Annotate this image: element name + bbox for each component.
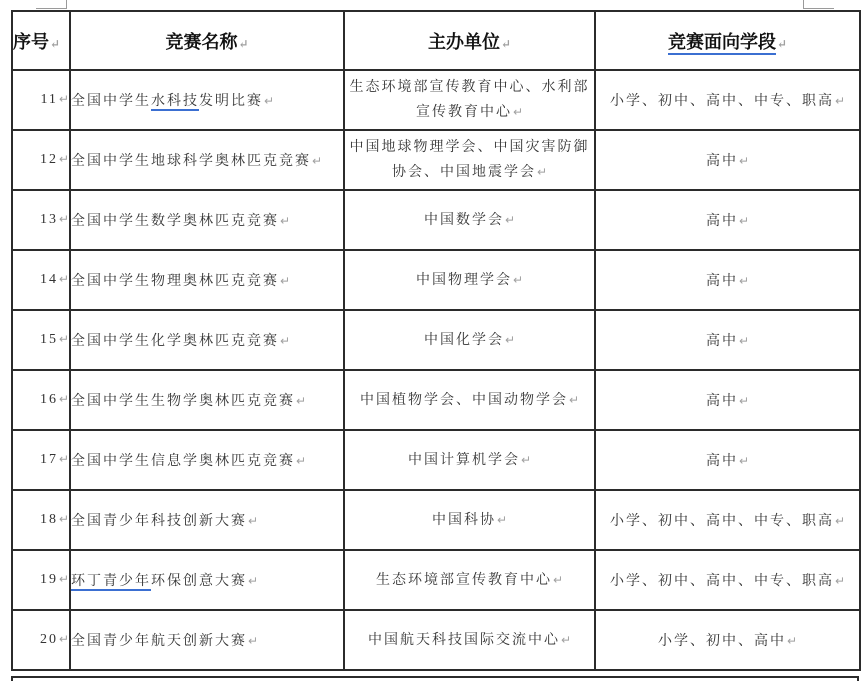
cell-organizer[interactable]: 生态环境部宣传教育中心、水利部宣传教育中心↵ [344, 70, 595, 130]
paragraph-mark-icon: ↵ [739, 154, 749, 168]
paragraph-mark-icon: ↵ [59, 392, 69, 406]
paragraph-mark-icon: ↵ [59, 92, 69, 106]
cell-organizer[interactable]: 中国地球物理学会、中国灾害防御协会、中国地震学会↵ [344, 130, 595, 190]
cell-no[interactable]: 18↵ [12, 490, 70, 550]
paragraph-mark-icon: ↵ [248, 514, 258, 528]
paragraph-mark-icon: ↵ [50, 37, 60, 51]
header-level[interactable]: 竞赛面向学段↵ [595, 11, 860, 70]
header-no[interactable]: 序号↵ [12, 11, 70, 70]
paragraph-mark-icon: ↵ [59, 512, 69, 526]
paragraph-mark-icon: ↵ [59, 212, 69, 226]
cell-organizer[interactable]: 中国化学会↵ [344, 310, 595, 370]
cell-name[interactable]: 环丁青少年环保创意大赛↵ [70, 550, 344, 610]
cell-level[interactable]: 小学、初中、高中、中专、职高↵ [595, 550, 860, 610]
paragraph-mark-icon: ↵ [505, 213, 515, 227]
spellcheck-underline: 环丁青少年 [71, 573, 151, 591]
paragraph-mark-icon: ↵ [59, 332, 69, 346]
competition-table: 序号↵ 竞赛名称↵ 主办单位↵ 竞赛面向学段↵ 11↵全国中学生水科技发明比赛↵… [11, 10, 861, 671]
cell-organizer[interactable]: 中国科协↵ [344, 490, 595, 550]
cell-no[interactable]: 20↵ [12, 610, 70, 670]
cell-level[interactable]: 高中↵ [595, 250, 860, 310]
cell-name[interactable]: 全国青少年航天创新大赛↵ [70, 610, 344, 670]
cell-no[interactable]: 19↵ [12, 550, 70, 610]
paragraph-mark-icon: ↵ [248, 574, 258, 588]
cell-level[interactable]: 高中↵ [595, 370, 860, 430]
cell-level[interactable]: 小学、初中、高中、中专、职高↵ [595, 70, 860, 130]
paragraph-mark-icon: ↵ [59, 152, 69, 166]
paragraph-mark-icon: ↵ [59, 632, 69, 646]
cell-level[interactable]: 高中↵ [595, 430, 860, 490]
paragraph-mark-icon: ↵ [501, 37, 511, 51]
cell-level[interactable]: 高中↵ [595, 130, 860, 190]
cell-name[interactable]: 全国青少年科技创新大赛↵ [70, 490, 344, 550]
cell-name[interactable]: 全国中学生数学奥林匹克竞赛↵ [70, 190, 344, 250]
paragraph-mark-icon: ↵ [513, 273, 523, 287]
page-corner-mark-left-v [66, 0, 67, 9]
paragraph-mark-icon: ↵ [739, 454, 749, 468]
paragraph-mark-icon: ↵ [280, 274, 290, 288]
cell-level[interactable]: 高中↵ [595, 190, 860, 250]
cell-no[interactable]: 11↵ [12, 70, 70, 130]
paragraph-mark-icon: ↵ [537, 165, 547, 179]
table-header-row: 序号↵ 竞赛名称↵ 主办单位↵ 竞赛面向学段↵ [12, 11, 860, 70]
cell-name[interactable]: 全国中学生地球科学奥林匹克竞赛↵ [70, 130, 344, 190]
cell-level[interactable]: 高中↵ [595, 310, 860, 370]
header-organizer[interactable]: 主办单位↵ [344, 11, 595, 70]
paragraph-mark-icon: ↵ [835, 94, 845, 108]
paragraph-mark-icon: ↵ [739, 334, 749, 348]
paragraph-mark-icon: ↵ [59, 572, 69, 586]
paragraph-mark-icon: ↵ [569, 393, 579, 407]
cell-name[interactable]: 全国中学生信息学奥林匹克竞赛↵ [70, 430, 344, 490]
cell-no[interactable]: 12↵ [12, 130, 70, 190]
paragraph-mark-icon: ↵ [238, 37, 248, 51]
paragraph-mark-icon: ↵ [739, 214, 749, 228]
paragraph-mark-icon: ↵ [739, 274, 749, 288]
page-corner-mark-right-h [803, 8, 834, 9]
cell-organizer[interactable]: 中国植物学会、中国动物学会↵ [344, 370, 595, 430]
paragraph-mark-icon: ↵ [777, 37, 787, 51]
cell-name[interactable]: 全国中学生物理奥林匹克竞赛↵ [70, 250, 344, 310]
spellcheck-underline: 竞赛面向学段 [668, 32, 776, 55]
header-name[interactable]: 竞赛名称↵ [70, 11, 344, 70]
paragraph-mark-icon: ↵ [521, 453, 531, 467]
paragraph-mark-icon: ↵ [513, 105, 523, 119]
next-row-top-border [11, 676, 859, 678]
cell-level[interactable]: 小学、初中、高中、中专、职高↵ [595, 490, 860, 550]
table-row: 12↵全国中学生地球科学奥林匹克竞赛↵中国地球物理学会、中国灾害防御协会、中国地… [12, 130, 860, 190]
cell-name[interactable]: 全国中学生化学奥林匹克竞赛↵ [70, 310, 344, 370]
table-row: 16↵全国中学生生物学奥林匹克竞赛↵中国植物学会、中国动物学会↵高中↵ [12, 370, 860, 430]
paragraph-mark-icon: ↵ [59, 272, 69, 286]
paragraph-mark-icon: ↵ [280, 334, 290, 348]
cell-no[interactable]: 16↵ [12, 370, 70, 430]
table-row: 15↵全国中学生化学奥林匹克竞赛↵中国化学会↵高中↵ [12, 310, 860, 370]
paragraph-mark-icon: ↵ [59, 452, 69, 466]
cell-no[interactable]: 15↵ [12, 310, 70, 370]
cell-organizer[interactable]: 生态环境部宣传教育中心↵ [344, 550, 595, 610]
page-corner-mark-left-h [36, 8, 67, 9]
paragraph-mark-icon: ↵ [296, 394, 306, 408]
cell-no[interactable]: 17↵ [12, 430, 70, 490]
paragraph-mark-icon: ↵ [497, 513, 507, 527]
cell-name[interactable]: 全国中学生生物学奥林匹克竞赛↵ [70, 370, 344, 430]
cell-organizer[interactable]: 中国数学会↵ [344, 190, 595, 250]
paragraph-mark-icon: ↵ [835, 574, 845, 588]
paragraph-mark-icon: ↵ [264, 94, 274, 108]
cell-organizer[interactable]: 中国计算机学会↵ [344, 430, 595, 490]
paragraph-mark-icon: ↵ [739, 394, 749, 408]
cell-no[interactable]: 14↵ [12, 250, 70, 310]
paragraph-mark-icon: ↵ [248, 634, 258, 648]
cell-level[interactable]: 小学、初中、高中↵ [595, 610, 860, 670]
table-row: 13↵全国中学生数学奥林匹克竞赛↵中国数学会↵高中↵ [12, 190, 860, 250]
paragraph-mark-icon: ↵ [835, 514, 845, 528]
cell-organizer[interactable]: 中国物理学会↵ [344, 250, 595, 310]
paragraph-mark-icon: ↵ [280, 214, 290, 228]
page-corner-mark-right-v [803, 0, 804, 9]
table-row: 14↵全国中学生物理奥林匹克竞赛↵中国物理学会↵高中↵ [12, 250, 860, 310]
table-row: 11↵全国中学生水科技发明比赛↵生态环境部宣传教育中心、水利部宣传教育中心↵小学… [12, 70, 860, 130]
spellcheck-underline: 水科技 [151, 93, 199, 111]
table-row: 20↵全国青少年航天创新大赛↵中国航天科技国际交流中心↵小学、初中、高中↵ [12, 610, 860, 670]
next-row-left-border [11, 676, 13, 681]
paragraph-mark-icon: ↵ [312, 154, 322, 168]
next-row-right-border [857, 676, 859, 681]
paragraph-mark-icon: ↵ [505, 333, 515, 347]
paragraph-mark-icon: ↵ [561, 633, 571, 647]
cell-no[interactable]: 13↵ [12, 190, 70, 250]
cell-organizer[interactable]: 中国航天科技国际交流中心↵ [344, 610, 595, 670]
table-row: 17↵全国中学生信息学奥林匹克竞赛↵中国计算机学会↵高中↵ [12, 430, 860, 490]
table-row: 19↵环丁青少年环保创意大赛↵生态环境部宣传教育中心↵小学、初中、高中、中专、职… [12, 550, 860, 610]
paragraph-mark-icon: ↵ [296, 454, 306, 468]
paragraph-mark-icon: ↵ [553, 573, 563, 587]
paragraph-mark-icon: ↵ [787, 634, 797, 648]
cell-name[interactable]: 全国中学生水科技发明比赛↵ [70, 70, 344, 130]
table-row: 18↵全国青少年科技创新大赛↵中国科协↵小学、初中、高中、中专、职高↵ [12, 490, 860, 550]
